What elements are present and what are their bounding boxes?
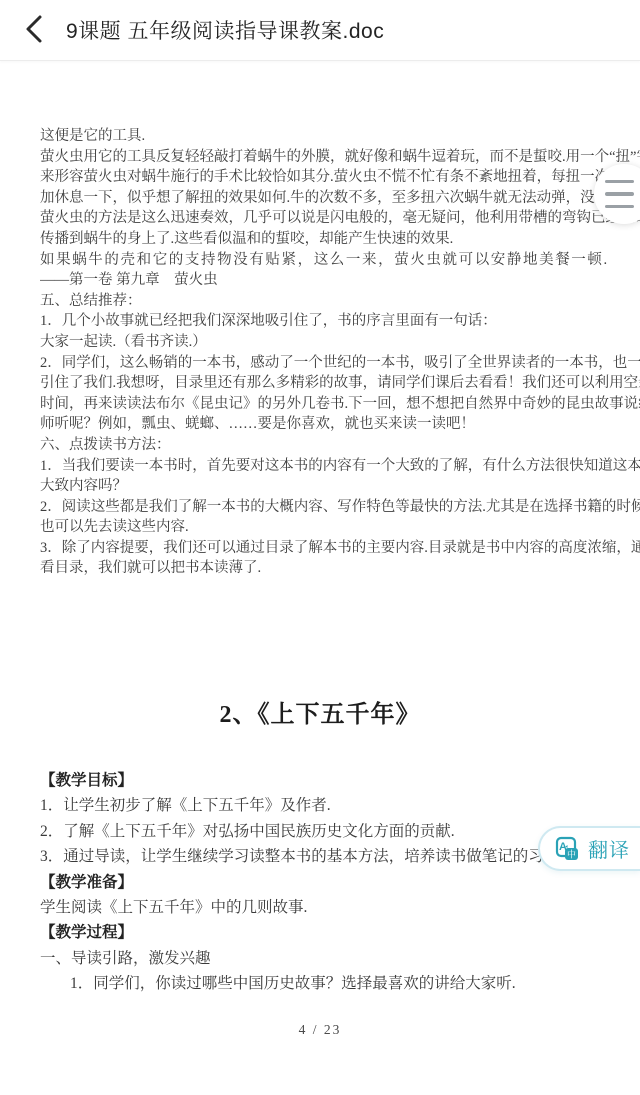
text-line: 1．几个小故事就已经把我们深深地吸引住了，书的序言里面有一句话：	[40, 311, 640, 332]
document-title: 9课题 五年级阅读指导课教案.doc	[66, 15, 384, 45]
translate-button[interactable]: A 中 翻译	[538, 826, 640, 871]
translate-label: 翻译	[588, 834, 630, 863]
text-line: 如果蜗牛的壳和它的支持物没有贴紧，这么一来，萤火虫就可以安静地美餐一顿.	[40, 250, 640, 271]
text-line: 1．当我们要读一本书时，首先要对这本书的内容有一个大致的了解，有什么方法很快知道…	[40, 456, 640, 477]
text-line: 引住了我们.我想呀，目录里还有那么多精彩的故事，请同学们课后去看看！我们还可以利…	[40, 373, 640, 394]
text-line: 大家一起读.（看书齐读.）	[40, 332, 640, 353]
text-line: 【教学过程】	[40, 920, 626, 945]
text-line: 看目录，我们就可以把书本读薄了.	[40, 558, 640, 579]
section-heading: 2、《上下五千年》	[0, 694, 640, 729]
back-button[interactable]	[0, 0, 52, 60]
text-line: 来形容萤火虫对蜗牛施行的手术比较恰如其分.萤火虫不慌不忙有条不紊地扭着，每扭一次…	[40, 167, 640, 188]
text-line: 萤火虫的方法是这么迅速奏效，几乎可以说是闪电般的，毫无疑问，他利用带槽的弯钩已经…	[40, 208, 640, 229]
document-viewer-screen: 9课题 五年级阅读指导课教案.doc 这便是它的工具.萤火虫用它的工具反复轻轻敲…	[0, 0, 640, 1095]
text-line: 师听呢？例如，瓢虫、蜣螂、……要是你喜欢，就也买来读一读吧！	[40, 414, 640, 435]
page-indicator: 4 / 23	[0, 1022, 640, 1038]
text-line: 2．同学们，这么畅销的一本书，感动了一个世纪的一本书，吸引了全世界读者的一本书，…	[40, 353, 640, 374]
translate-icon: A 中	[555, 836, 581, 862]
text-line: 1．让学生初步了解《上下五千年》及作者.	[40, 793, 626, 818]
text-line: 五、总结推荐：	[40, 291, 640, 312]
text-line: 一、导读引路，激发兴趣	[40, 946, 626, 971]
chevron-left-icon	[23, 14, 45, 47]
app-header: 9课题 五年级阅读指导课教案.doc	[0, 0, 640, 61]
text-line: 也可以先去读这些内容.	[40, 517, 640, 538]
text-line: ——第一卷 第九章 萤火虫	[40, 270, 640, 291]
text-line: 学生阅读《上下五千年》中的几则故事.	[40, 895, 626, 920]
text-line: 这便是它的工具.	[40, 126, 640, 147]
hamburger-menu-icon	[605, 180, 634, 184]
text-line: 六、点拨读书方法：	[40, 435, 640, 456]
text-line: 大致内容吗？	[40, 476, 640, 497]
text-line: 传播到蜗牛的身上了.这些看似温和的蜇咬，却能产生快速的效果.	[40, 229, 640, 250]
text-line: 1．同学们，你读过哪些中国历史故事？选择最喜欢的讲给大家听.	[40, 971, 626, 996]
text-line: 【教学准备】	[40, 870, 626, 895]
document-page[interactable]: 这便是它的工具.萤火虫用它的工具反复轻轻敲打着蜗牛的外膜，就好像和蜗牛逗着玩，而…	[0, 61, 640, 1095]
text-line: 2．阅读这些都是我们了解一本书的大概内容、写作特色等最快的方法.尤其是在选择书籍…	[40, 497, 640, 518]
text-line: 2．了解《上下五千年》对弘扬中国民族历史文化方面的贡献.	[40, 819, 626, 844]
text-line: 萤火虫用它的工具反复轻轻敲打着蜗牛的外膜，就好像和蜗牛逗着玩，而不是蜇咬.用一个…	[40, 147, 640, 168]
paragraph-block: 这便是它的工具.萤火虫用它的工具反复轻轻敲打着蜗牛的外膜，就好像和蜗牛逗着玩，而…	[40, 126, 640, 579]
text-line: 时间，再来读读法布尔《昆虫记》的另外几卷书.下一回，想不想把自然界中奇妙的昆虫故…	[40, 394, 640, 415]
text-line: 3．除了内容提要，我们还可以通过目录了解本书的主要内容.目录就是书中内容的高度浓…	[40, 538, 640, 559]
svg-text:中: 中	[567, 848, 576, 859]
teaching-plan-block: 【教学目标】1．让学生初步了解《上下五千年》及作者.2．了解《上下五千年》对弘扬…	[40, 768, 626, 997]
text-line: 【教学目标】	[40, 768, 626, 793]
text-line: 加休息一下，似乎想了解扭的效果如何.牛的次数不多，至多扭六次蜗牛就无法动弹，没有…	[40, 188, 640, 209]
